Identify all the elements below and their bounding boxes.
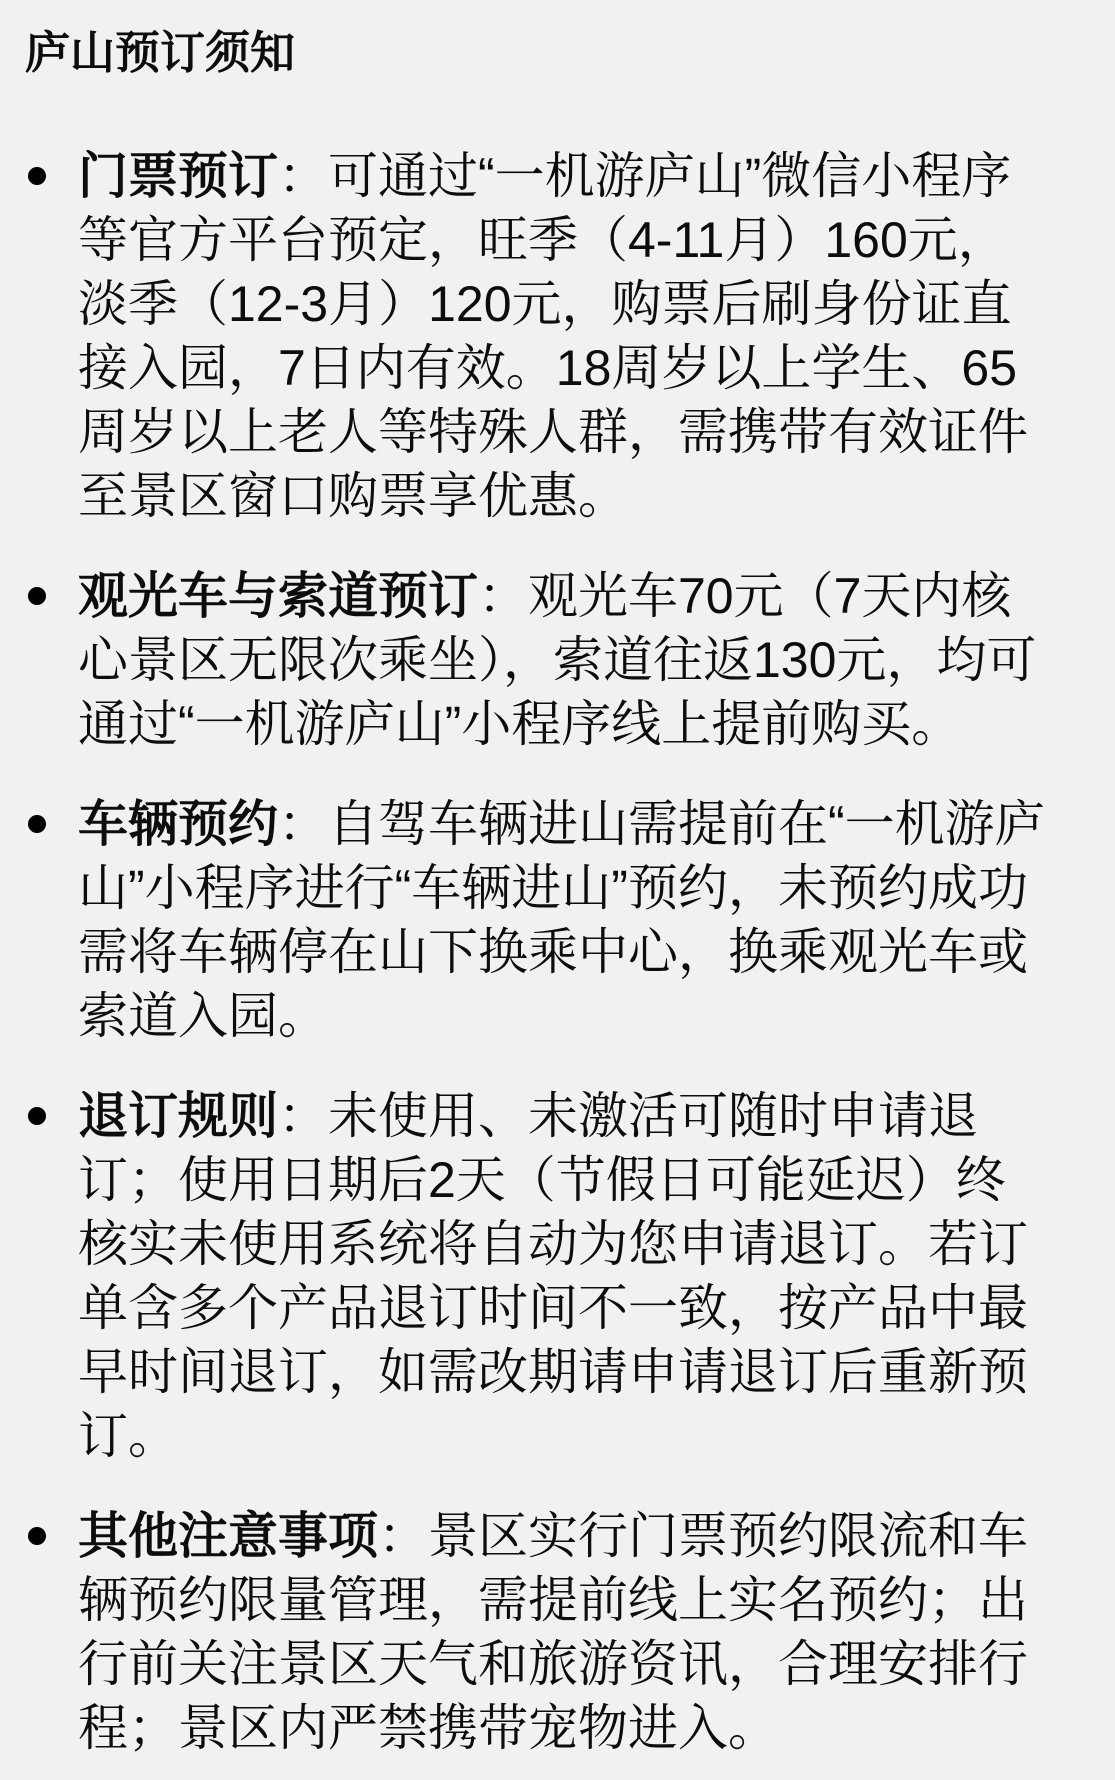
bullet-icon [28,815,46,833]
item-separator: ： [478,568,528,624]
item-separator: ： [278,796,328,852]
item-term: 其他注意事项 [78,1508,378,1564]
bullet-icon [28,1527,46,1545]
page-title: 庐山预订须知 [25,24,1047,82]
item-separator: ： [278,1088,328,1144]
item-text: 可通过“一机游庐山”微信小程序等官方平台预定，旺季（4-11月）160元，淡季（… [78,148,1028,524]
list-item-sightseeing-bus-cableway: 观光车与索道预订：观光车70元（7天内核心景区无限次乘坐），索道往返130元，均… [25,564,1047,756]
bullet-icon [28,167,46,185]
list-item-other-notes: 其他注意事项：景区实行门票预约限流和车辆预约限量管理，需提前线上实名预约；出行前… [25,1504,1047,1760]
item-text: 未使用、未激活可随时申请退订；使用日期后2天（节假日可能延迟）终核实未使用系统将… [78,1088,1028,1464]
list-item-cancellation-rules: 退订规则：未使用、未激活可随时申请退订；使用日期后2天（节假日可能延迟）终核实未… [25,1084,1047,1468]
list-item-ticket-booking: 门票预订：可通过“一机游庐山”微信小程序等官方平台预定，旺季（4-11月）160… [25,144,1047,528]
item-term: 车辆预约 [78,796,278,852]
item-term: 退订规则 [78,1088,278,1144]
bullet-icon [28,587,46,605]
notice-page: 庐山预订须知 门票预订：可通过“一机游庐山”微信小程序等官方平台预定，旺季（4-… [0,0,1115,1780]
item-separator: ： [378,1508,428,1564]
item-term: 观光车与索道预订 [78,568,478,624]
item-term: 门票预订 [78,148,278,204]
bullet-icon [28,1107,46,1125]
list-item-vehicle-reservation: 车辆预约：自驾车辆进山需提前在“一机游庐山”小程序进行“车辆进山”预约，未预约成… [25,792,1047,1048]
notice-list: 门票预订：可通过“一机游庐山”微信小程序等官方平台预定，旺季（4-11月）160… [25,144,1047,1760]
item-separator: ： [278,148,328,204]
